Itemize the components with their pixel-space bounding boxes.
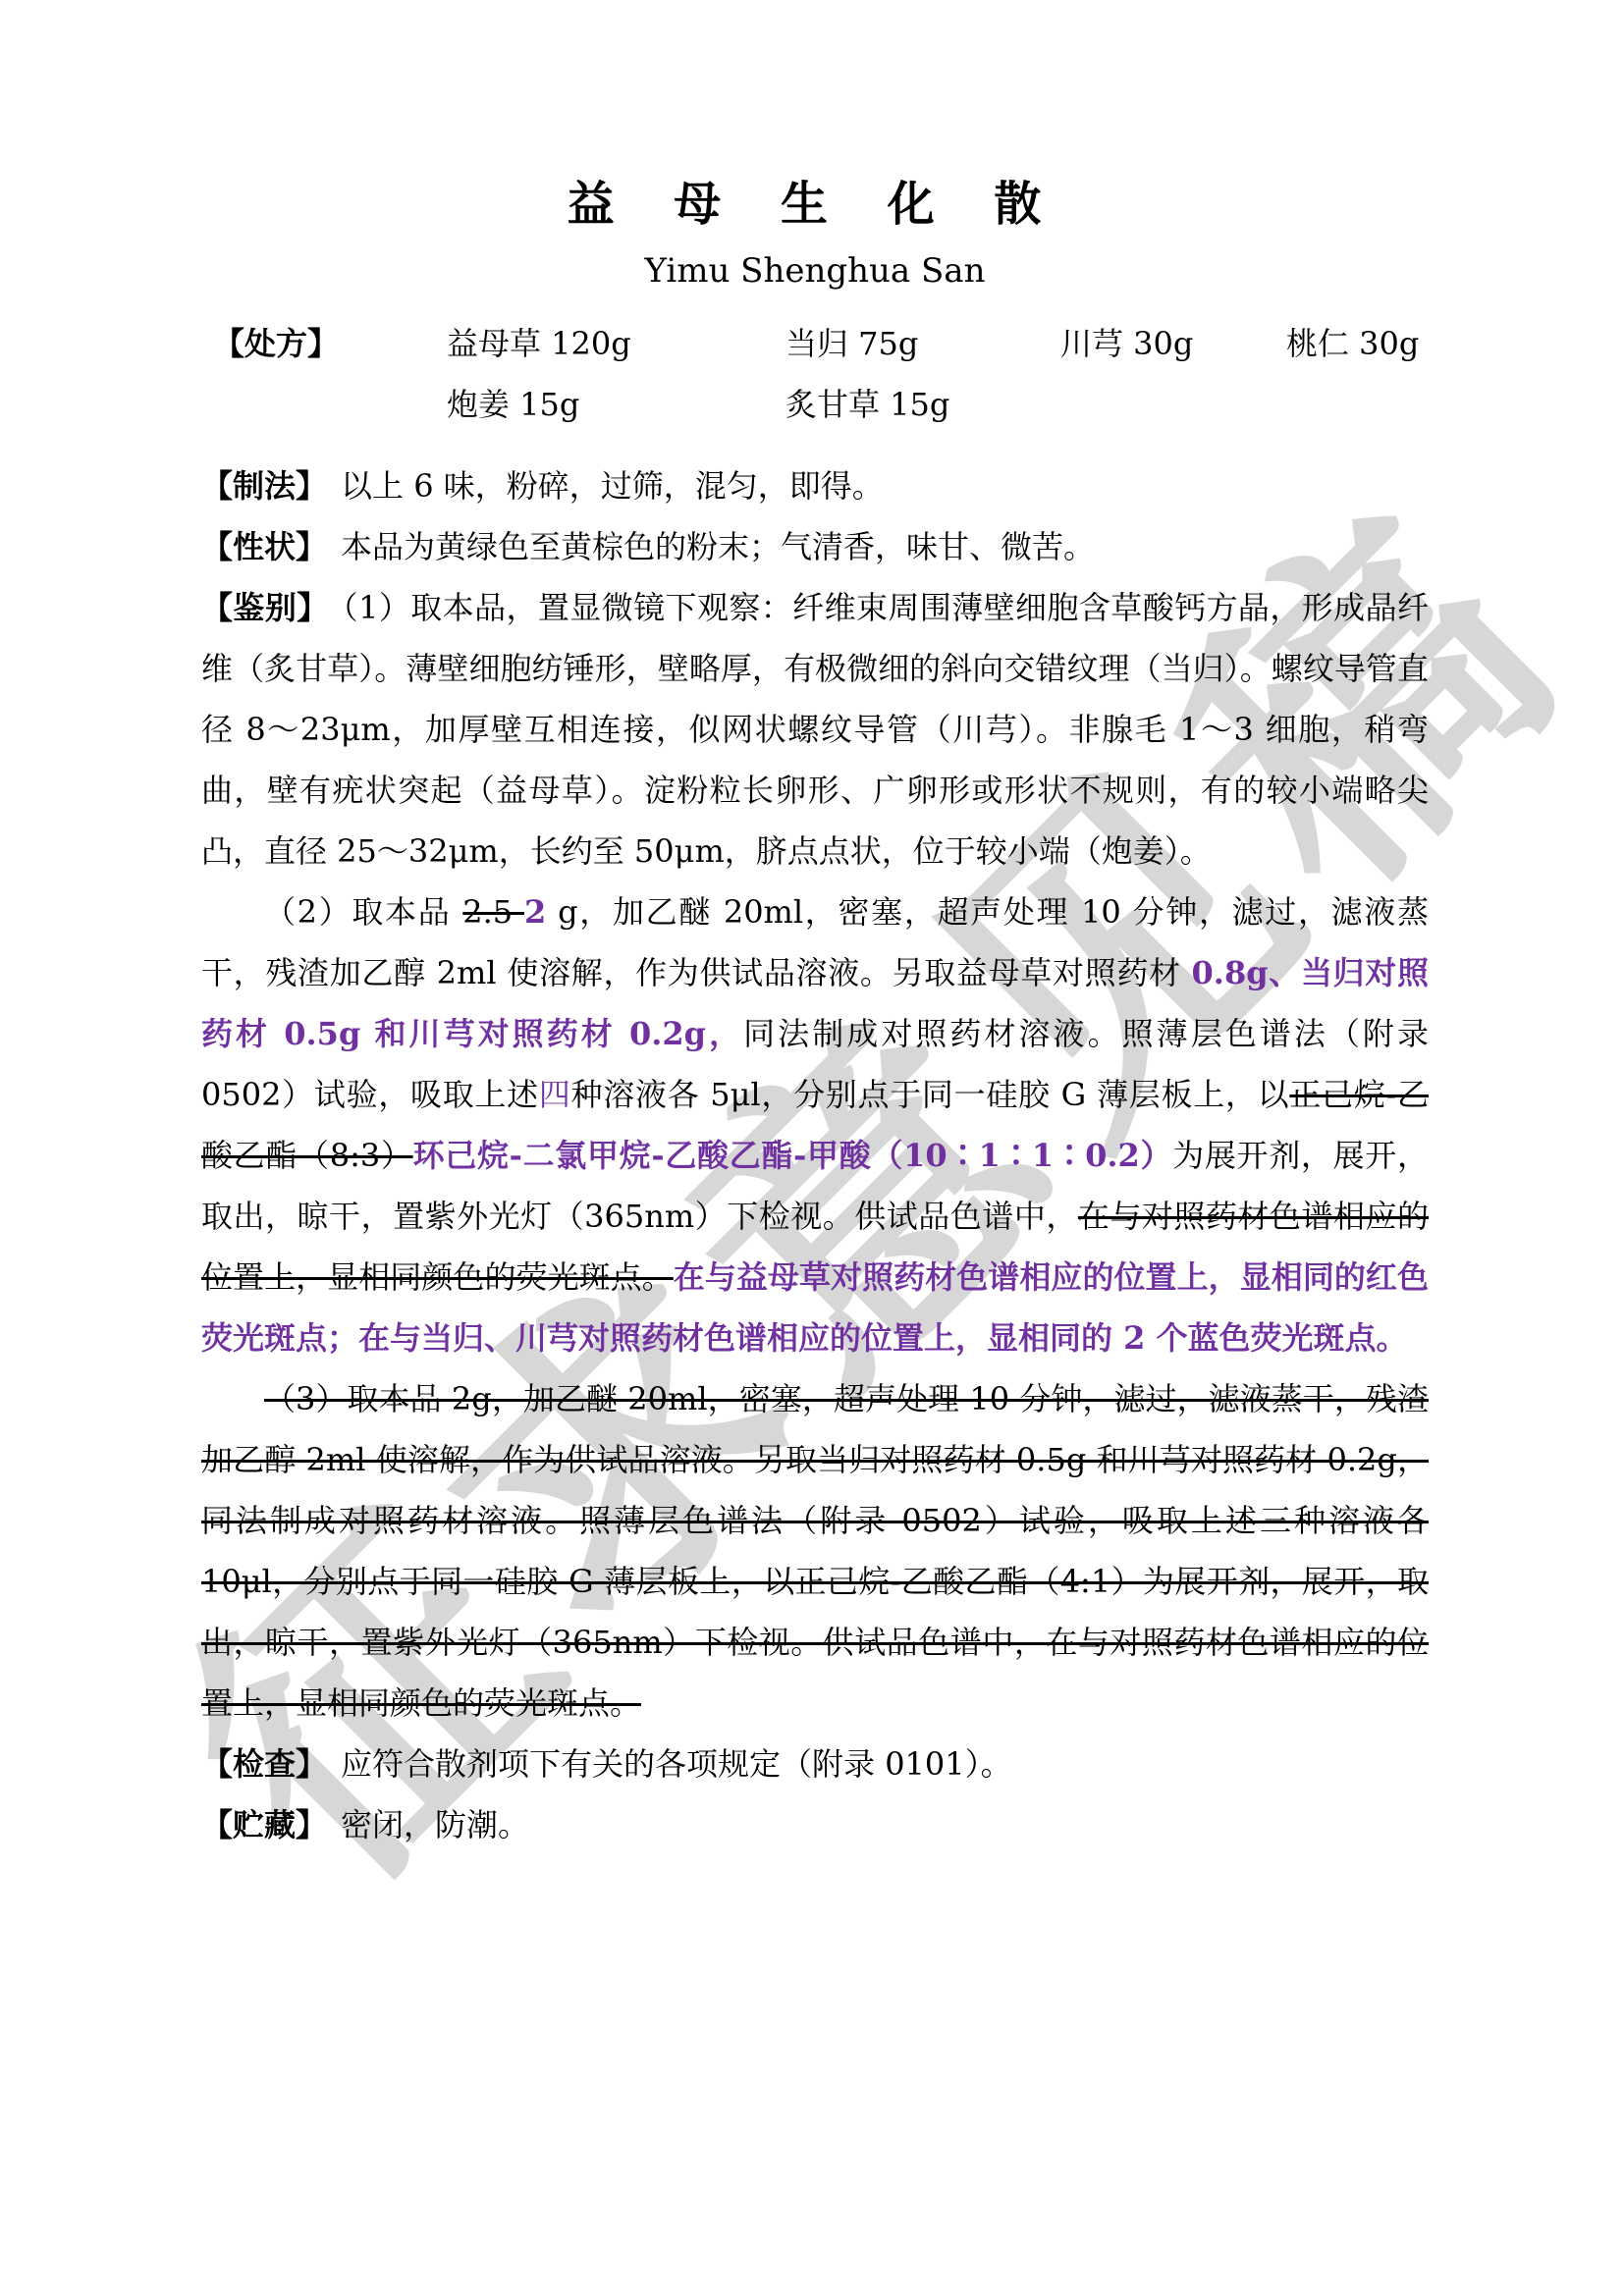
- section-label: 【贮藏】: [201, 1806, 327, 1843]
- revised-text: 四: [539, 1076, 571, 1113]
- prescription-ingredient: 桃仁 30g: [1286, 322, 1419, 365]
- prescription-section: 【处方】 益母草 120g当归 75g川芎 30g桃仁 30g炮姜 15g炙甘草…: [201, 322, 1429, 450]
- section-label: 【制法】: [201, 467, 327, 505]
- section-label: 【鉴别】: [201, 589, 329, 626]
- paragraph: 【鉴别】（1）取本品，置显微镜下观察：纤维束周围薄壁细胞含草酸钙方晶，形成晶纤维…: [201, 577, 1429, 881]
- prescription-ingredient: 当归 75g: [785, 322, 918, 365]
- prescription-label: 【处方】: [213, 322, 339, 365]
- text-run: 本品为黄绿色至黄棕色的粉末；气清香，味甘、微苦。: [341, 528, 1095, 565]
- paragraph: 【检查】应符合散剂项下有关的各项规定（附录 0101）。: [201, 1734, 1429, 1794]
- revised-text: 2: [524, 893, 546, 931]
- paragraph: 【贮藏】密闭，防潮。: [201, 1794, 1429, 1855]
- paragraph: 【制法】以上 6 味，粉碎，过筛，混匀，即得。: [201, 455, 1429, 516]
- pinyin-subtitle: Yimu Shenghua San: [201, 249, 1429, 293]
- prescription-ingredient: 益母草 120g: [447, 322, 631, 365]
- deleted-text: （3）取本品 2g，加乙醚 20ml，密塞，超声处理 10 分钟，滤过，滤液蒸干…: [201, 1380, 1429, 1722]
- text-run: 应符合散剂项下有关的各项规定（附录 0101）。: [341, 1745, 1012, 1783]
- document-page: 征求意见稿 益 母 生 化 散 Yimu Shenghua San 【处方】 益…: [0, 0, 1624, 2296]
- deleted-text: 2.5: [462, 893, 524, 931]
- text-run: （1）取本品，置显微镜下观察：纤维束周围薄壁细胞含草酸钙方晶，形成晶纤维（炙甘草…: [201, 589, 1429, 870]
- document-body: 【制法】以上 6 味，粉碎，过筛，混匀，即得。【性状】本品为黄绿色至黄棕色的粉末…: [201, 455, 1429, 1855]
- section-label: 【检查】: [201, 1745, 327, 1783]
- section-label: 【性状】: [201, 528, 327, 565]
- document-content: 益 母 生 化 散 Yimu Shenghua San 【处方】 益母草 120…: [201, 0, 1429, 1855]
- revised-text: 环己烷-二氯甲烷-乙酸乙酯-甲酸（10∶1∶1∶0.2）: [413, 1137, 1173, 1174]
- prescription-ingredient: 川芎 30g: [1060, 322, 1193, 365]
- text-run: 以上 6 味，粉碎，过筛，混匀，即得。: [341, 467, 884, 505]
- paragraph: （3）取本品 2g，加乙醚 20ml，密塞，超声处理 10 分钟，滤过，滤液蒸干…: [201, 1368, 1429, 1734]
- paragraph: （2）取本品 2.5 2 g，加乙醚 20ml，密塞，超声处理 10 分钟，滤过…: [201, 881, 1429, 1368]
- text-run: （2）取本品: [264, 893, 462, 931]
- prescription-ingredient: 炙甘草 15g: [785, 383, 949, 426]
- text-run: 种溶液各 5μl，分别点于同一硅胶 G 薄层板上，以: [571, 1076, 1290, 1113]
- text-run: 密闭，防潮。: [341, 1806, 529, 1843]
- prescription-ingredient: 炮姜 15g: [447, 383, 579, 426]
- page-title: 益 母 生 化 散: [201, 175, 1429, 234]
- paragraph: 【性状】本品为黄绿色至黄棕色的粉末；气清香，味甘、微苦。: [201, 516, 1429, 577]
